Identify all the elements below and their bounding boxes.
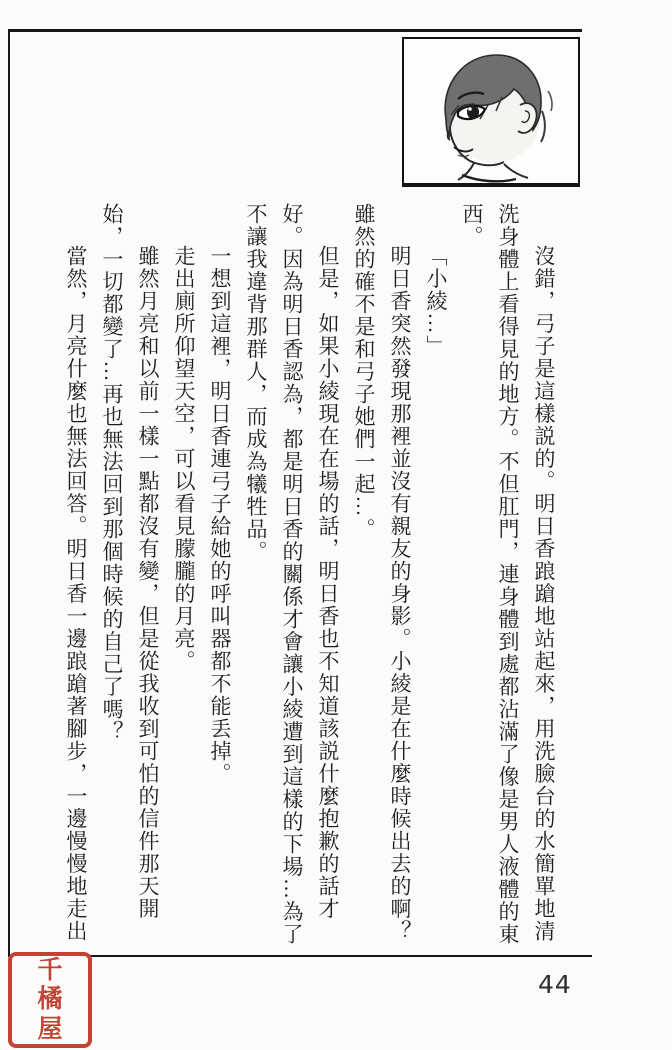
illustration-box (402, 37, 580, 187)
left-rule (8, 29, 10, 957)
seal-character: 屋 (37, 1017, 62, 1042)
seal-character: 橘 (37, 987, 62, 1012)
seal-character: 千 (37, 958, 62, 983)
paragraph-3: 明日香突然發現那裡並沒有親友的身影。小綾是在什麼時候出去的啊？雖然的確不是和弓子… (346, 203, 418, 955)
paragraph-6: 走出廁所仰望天空，可以看見朦朧的月亮。 (166, 203, 202, 955)
bottom-rule (44, 955, 592, 957)
paragraph-2: 「小綾…」 (418, 203, 454, 955)
top-rule (10, 29, 582, 32)
paragraph-1: 沒錯，弓子是這樣説的。明日香踉蹌地站起來，用洗臉台的水簡單地清洗身體上看得見的地… (454, 203, 562, 955)
book-page: 沒錯，弓子是這樣説的。明日香踉蹌地站起來，用洗臉台的水簡單地清洗身體上看得見的地… (0, 0, 672, 1050)
paragraph-7: 雖然月亮和以前一樣一點都沒有變，但是從我收到可怕的信件那天開始，一切都變了…再也… (94, 203, 166, 955)
paragraph-8: 當然，月亮什麼也無法回答。明日香一邊踉蹌著腳步，一邊慢慢地走出 (58, 203, 94, 955)
body-text: 沒錯，弓子是這樣説的。明日香踉蹌地站起來，用洗臉台的水簡單地清洗身體上看得見的地… (58, 203, 562, 955)
character-portrait-icon (404, 39, 578, 183)
paragraph-5: 一想到這裡，明日香連弓子給她的呼叫器都不能丢掉。 (202, 203, 238, 955)
page-number: 44 (538, 970, 572, 999)
publisher-seal: 千 橘 屋 (8, 952, 92, 1048)
paragraph-4: 但是，如果小綾現在在場的話，明日香也不知道該説什麼抱歉的話才好。因為明日香認為，… (238, 203, 346, 955)
